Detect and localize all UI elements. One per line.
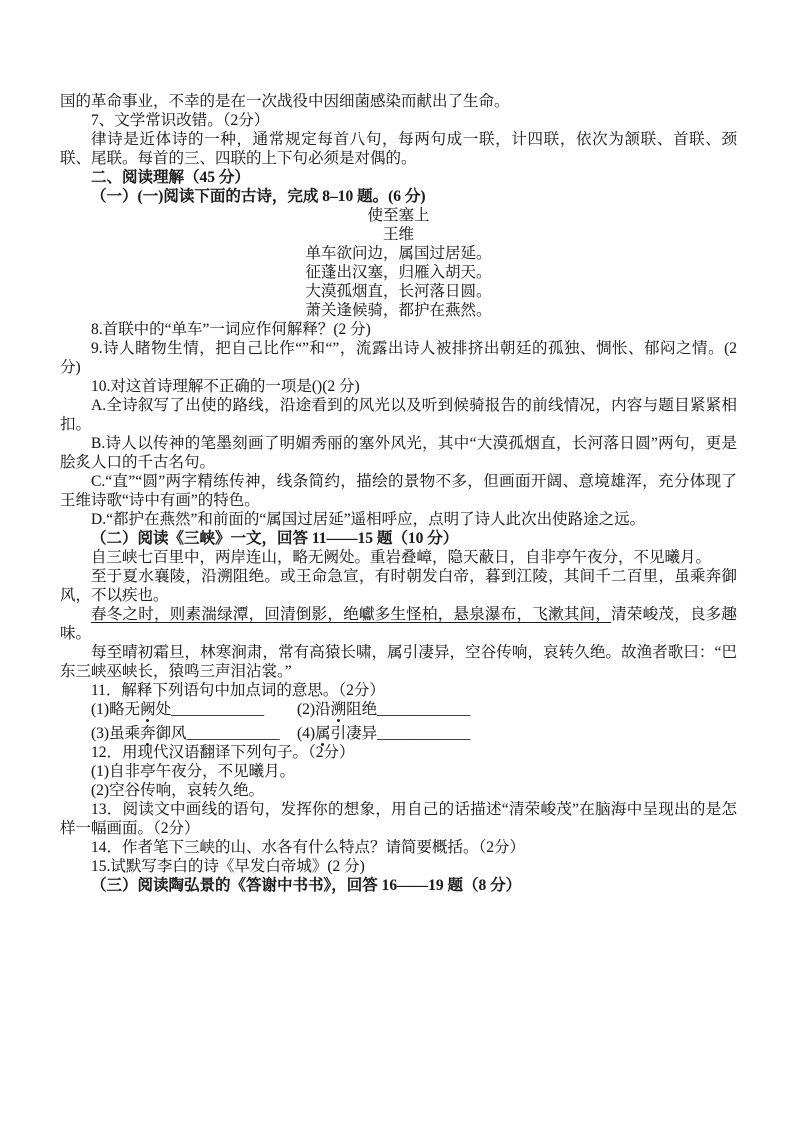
part-2-heading: （二）阅读《三峡》一文，回答 11——15 题（10 分） [60,529,737,548]
sanxia-paragraph-1: 自三峡七百里中，两岸连山，略无阙处。重岩叠嶂，隐天蔽日，自非亭午夜分，不见曦月。 [60,548,737,567]
poem-author: 王维 [60,225,737,244]
item-number: (4) [297,725,315,742]
sanxia-paragraph-3: 春冬之时，则素湍绿潭，回清倒影，绝巘多生怪柏，悬泉瀑布，飞漱其间，清荣峻茂，良多… [60,605,737,643]
sanxia-paragraph-4: 每至晴初霜旦，林寒涧肃，常有高猿长啸，属引凄异，空谷传响，哀转久绝。故渔者歌曰：… [60,643,737,681]
poem-line-3: 大漠孤烟直，长河落日圆。 [60,282,737,301]
underlined-sentence: 春冬之时，则素湍绿潭，回清倒影，绝巘多生怪柏，悬泉瀑布，飞漱其间， [91,606,611,623]
question-12-sentence-1: (1)自非亭午夜分，不见曦月。 [60,762,737,781]
intro-continuation-line: 国的革命事业，不幸的是在一次战役中因细菌感染而献出了生命。 [60,92,737,111]
question-10-option-c: C.“直”“圆”两字精练传神，线条简约，描绘的景物不多，但画面开阔、意境雄浑，充… [60,472,737,510]
dotted-word: 奔 [140,725,156,742]
q11-row-1: (1)略无阙处____________ (2)沿溯阻绝____________ [60,700,737,719]
question-12-sentence-2: (2)空谷传响，哀转久绝。 [60,781,737,800]
question-10-option-a: A.全诗叙写了出使的路线，沿途看到的风光以及听到候骑报告的前线情况，内容与题目紧… [60,396,737,434]
question-13: 13．阅读文中画线的语句，发挥你的想象，用自己的话描述“清荣峻茂”在脑海中呈现出… [60,800,737,838]
question-12: 12．用现代汉语翻译下列句子。（2分） [60,743,737,762]
item-number: (3) [91,725,109,742]
question-14: 14．作者笔下三峡的山、水各有什么特点？请简要概括。（2分） [60,838,737,857]
poem-line-1: 单车欲问边，属国过居延。 [60,244,737,263]
dotted-word: 属 [315,725,331,742]
item-number: (1) [91,701,109,718]
exam-page: 国的革命事业，不幸的是在一次战役中因细菌感染而献出了生命。 7、文学常识改错。（… [0,0,793,1122]
item-text: 虽乘 [109,725,140,742]
item-text: 处 [156,701,172,718]
poem-title: 使至塞上 [60,206,737,225]
question-10-option-b: B.诗人以传神的笔墨刻画了明媚秀丽的塞外风光，其中“大漠孤烟直，长河落日圆”两句… [60,434,737,472]
answer-blank: ____________ [377,701,470,718]
answer-blank: ____________ [171,701,264,718]
question-7: 7、文学常识改错。（2分） [60,111,737,130]
question-11: 11．解释下列语句中加点词的意思。（2分） [60,681,737,700]
question-10: 10.对这首诗理解不正确的一项是()(2 分) [60,377,737,396]
question-8: 8.首联中的“单车”一词应作何解释？(2 分) [60,320,737,339]
poem-line-4: 萧关逢候骑，都护在燕然。 [60,301,737,320]
q11-item-2: (2)沿溯阻绝____________ [297,700,470,719]
q11-item-4: (4)属引凄异____________ [297,724,470,743]
q11-item-3: (3)虽乘奔御风____________ [91,724,297,743]
dotted-word: 溯 [331,701,347,718]
poem-line-2: 征蓬出汉塞，归雁入胡天。 [60,263,737,282]
answer-blank: ____________ [187,725,280,742]
part-3-heading: （三）阅读陶弘景的《答谢中书书》，回答 16——19 题（8 分） [60,876,737,895]
answer-blank: ____________ [377,725,470,742]
item-text: 引凄异 [331,725,378,742]
item-text: 阻绝 [346,701,377,718]
question-15: 15.试默写李白的诗《早发白帝城》(2 分) [60,857,737,876]
item-number: (2) [297,701,315,718]
sanxia-paragraph-2: 至于夏水襄陵，沿溯阻绝。或王命急宣，有时朝发白帝，暮到江陵，其间千二百里，虽乘奔… [60,567,737,605]
item-text: 略无 [109,701,140,718]
question-10-option-d: D.“都护在燕然”和前面的“属国过居延”遥相呼应，点明了诗人此次出使路途之远。 [60,510,737,529]
section-2-heading: 二、阅读理解（45 分） [60,168,737,187]
part-1-heading: （一）(一)阅读下面的古诗，完成 8–10 题。(6 分) [60,187,737,206]
q11-item-1: (1)略无阙处____________ [91,700,297,719]
poem-block: 使至塞上 王维 单车欲问边，属国过居延。 征蓬出汉塞，归雁入胡天。 大漠孤烟直，… [60,206,737,320]
dotted-word: 阙 [140,701,156,718]
item-text: 御风 [156,725,187,742]
question-9: 9.诗人睹物生情，把自己比作“”和“”，流露出诗人被排挤出朝廷的孤独、惆怅、郁闷… [60,339,737,377]
question-7-body: 律诗是近体诗的一种，通常规定每首八句，每两句成一联，计四联，依次为颔联、首联、颈… [60,130,737,168]
q11-row-2: (3)虽乘奔御风____________ (4)属引凄异____________ [60,724,737,743]
item-text: 沿 [315,701,331,718]
